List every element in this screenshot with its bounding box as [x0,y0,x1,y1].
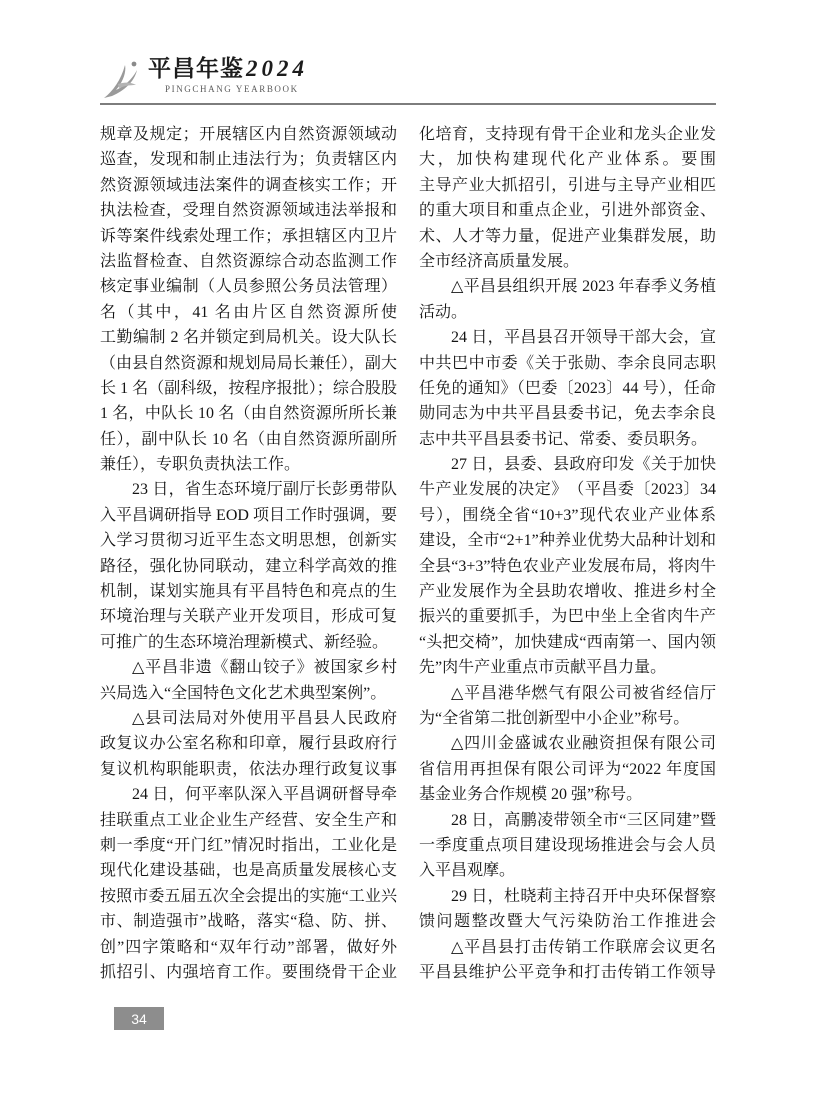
text-line: 市、制造强市”战略，落实“稳、防、拼、 [100,909,397,934]
text-line: 全县“3+3”特色农业产业发展布局，将肉牛 [419,554,716,579]
text-line: 27 日，县委、县政府印发《关于加快肉 [419,452,716,477]
text-line: 1 名，中队长 10 名（由自然资源所所长兼 [100,401,397,426]
left-column: 规章及规定；开展辖区内自然资源领域动态巡查，发现和制止违法行为；负责辖区内自然资… [100,122,397,985]
text-line: 可推广的生态环境治理新模式、新经验。 [100,630,397,655]
text-line: 机制，谋划实施具有平昌特色和亮点的生态 [100,579,397,604]
text-line: △平昌县打击传销工作联席会议更名为 [419,935,716,960]
yearbook-logo-icon [98,58,144,102]
paragraph: △平昌县打击传销工作联席会议更名为平昌县维护公平竞争和打击传销工作领导小 [419,935,716,986]
text-line: 执法检查，受理自然资源领域违法举报和投 [100,198,397,223]
header-divider [100,103,716,105]
text-line: 刺一季度“开门红”情况时指出，工业化是 [100,833,397,858]
paragraph: 27 日，县委、县政府印发《关于加快肉牛产业发展的决定》 （平昌委〔2023〕3… [419,452,716,681]
text-line: 诉等案件线索处理工作；承担辖区内卫片执 [100,224,397,249]
paragraph: 28 日，高鹏凌带领全市“三区同建”暨一季度重点项目建设现场推进会与会人员深入平… [419,808,716,884]
title-block: 平昌年鉴2024 PINGCHANG YEARBOOK [148,56,308,94]
text-line: 建设，全市“2+1”种养业优势大品种计划和 [419,528,716,553]
text-line: 24 日，何平率队深入平昌调研督导牵头 [100,782,397,807]
text-line: 化培育，支持现有骨干企业和龙头企业发展壮 [419,122,716,147]
paragraph: 规章及规定；开展辖区内自然资源领域动态巡查，发现和制止违法行为；负责辖区内自然资… [100,122,397,477]
title-year: 2024 [244,56,308,81]
text-line: 号），围绕全省“10+3”现代农业产业体系 [419,503,716,528]
text-line: 术、人才等力量，促进产业集群发展，助力 [419,224,716,249]
text-line: 产业发展作为全县助农增收、推进乡村全面 [419,579,716,604]
text-line: 平昌县维护公平竞争和打击传销工作领导小 [419,960,716,985]
paragraph: △平昌县组织开展 2023 年春季义务植树活动。 [419,274,716,325]
text-line: 入学习贯彻习近平生态文明思想，创新实施 [100,528,397,553]
text-line: 主导产业大抓招引，引进与主导产业相匹配 [419,173,716,198]
text-line: △平昌港华燃气有限公司被省经信厅评 [419,681,716,706]
text-line: 大，加快构建现代化产业体系。要围绕“1+3” [419,147,716,172]
text-line: 政复议办公室名称和印章，履行县政府行政 [100,731,397,756]
text-line: 环境治理与关联产业开发项目，形成可复制、 [100,604,397,629]
text-line: 省信用再担保有限公司评为“2022 年度国担 [419,757,716,782]
page-subtitle: PINGCHANG YEARBOOK [165,84,308,94]
text-line: △平昌县组织开展 2023 年春季义务植树 [419,274,716,299]
text-line: 核定事业编制（人员参照公务员法管理）48 [100,274,397,299]
text-line: 抓招引、内强培育工作。要围绕骨干企业强 [100,960,397,985]
text-line: 一季度重点项目建设现场推进会与会人员深 [419,833,716,858]
text-line: （由县自然资源和规划局局长兼任），副大队 [100,351,397,376]
text-line: 先”肉牛产业重点市贡献平昌力量。 [419,655,716,680]
text-line: 振兴的重要抓手，为巴中坐上全省肉牛产业 [419,604,716,629]
text-columns: 规章及规定；开展辖区内自然资源领域动态巡查，发现和制止违法行为；负责辖区内自然资… [100,122,716,985]
text-line: 然资源领域违法案件的调查核实工作；开展 [100,173,397,198]
text-line: 基金业务合作规模 20 强”称号。 [419,782,716,807]
right-column: 化培育，支持现有骨干企业和龙头企业发展壮大，加快构建现代化产业体系。要围绕“1+… [419,122,716,985]
text-line: 中共巴中市委《关于张勋、李余良同志职务 [419,351,716,376]
page-number-badge: 34 [114,1007,164,1030]
text-line: 现代化建设基础，也是高质量发展核心支撑。 [100,858,397,883]
text-line: 巡查，发现和制止违法行为；负责辖区内自 [100,147,397,172]
text-line: 牛产业发展的决定》 （平昌委〔2023〕34 [419,477,716,502]
paragraph: 24 日，平昌县召开领导干部大会，宣读中共巴中市委《关于张勋、李余良同志职务任免… [419,325,716,452]
text-line: 活动。 [419,300,716,325]
text-line: 创”四字策略和“双年行动”部署，做好外 [100,935,397,960]
paragraph: 24 日，何平率队深入平昌调研督导牵头挂联重点工业企业生产经营、安全生产和冲刺一… [100,782,397,985]
text-line: 任免的通知》（巴委〔2023〕44 号），任命张 [419,376,716,401]
text-line: 29 日，杜晓莉主持召开中央环保督察反 [419,884,716,909]
text-line: 28 日，高鹏凌带领全市“三区同建”暨 [419,808,716,833]
text-line: 馈问题整改暨大气污染防治工作推进会议。 [419,909,716,934]
title-chinese: 平昌年鉴 [148,56,244,81]
text-line: 路径，强化协同联动，建立科学高效的推进 [100,554,397,579]
text-line: 名（其中，41 名由片区自然资源所使用）、 [100,300,397,325]
text-line: 长 1 名（副科级，按程序报批）；综合股股长 [100,376,397,401]
text-line: 按照市委五届五次全会提出的实施“工业兴 [100,884,397,909]
paragraph: 化培育，支持现有骨干企业和龙头企业发展壮大，加快构建现代化产业体系。要围绕“1+… [419,122,716,274]
text-line: 志中共平昌县委书记、常委、委员职务。 [419,427,716,452]
text-line: △四川金盛诚农业融资担保有限公司被 [419,731,716,756]
text-line: 复议机构职能职责，依法办理行政复议事项。 [100,757,397,782]
text-line: 入平昌调研指导 EOD 项目工作时强调，要深 [100,503,397,528]
text-line: 为“全省第二批创新型中小企业”称号。 [419,706,716,731]
text-line: 24 日，平昌县召开领导干部大会，宣读 [419,325,716,350]
paragraph: △平昌港华燃气有限公司被省经信厅评为“全省第二批创新型中小企业”称号。 [419,681,716,732]
paragraph: △县司法局对外使用平昌县人民政府行政复议办公室名称和印章，履行县政府行政复议机构… [100,706,397,782]
text-line: 兴局选入“全国特色文化艺术典型案例”。 [100,681,397,706]
text-line: “头把交椅”，加快建成“西南第一、国内领 [419,630,716,655]
text-line: 23 日，省生态环境厅副厅长彭勇带队深 [100,477,397,502]
text-line: 的重大项目和重点企业，引进外部资金、技 [419,198,716,223]
text-line: 入平昌观摩。 [419,858,716,883]
text-line: 规章及规定；开展辖区内自然资源领域动态 [100,122,397,147]
paragraph: 23 日，省生态环境厅副厅长彭勇带队深入平昌调研指导 EOD 项目工作时强调，要… [100,477,397,655]
paragraph: △四川金盛诚农业融资担保有限公司被省信用再担保有限公司评为“2022 年度国担基… [419,731,716,807]
text-line: 挂联重点工业企业生产经营、安全生产和冲 [100,808,397,833]
text-line: 工勤编制 2 名并锁定到局机关。设大队长 1 名 [100,325,397,350]
text-line: 任），副中队长 10 名（由自然资源所副所长 [100,427,397,452]
paragraph: △平昌非遗《翻山铰子》被国家乡村振兴局选入“全国特色文化艺术典型案例”。 [100,655,397,706]
text-line: 全市经济高质量发展。 [419,249,716,274]
text-line: 勋同志为中共平昌县委书记，免去李余良同 [419,401,716,426]
yearbook-page: 平昌年鉴2024 PINGCHANG YEARBOOK 规章及规定；开展辖区内自… [0,0,816,1099]
text-line: 兼任），专职负责执法工作。 [100,452,397,477]
page-title: 平昌年鉴2024 [148,56,308,82]
text-line: 法监督检查、自然资源综合动态监测工作等。 [100,249,397,274]
paragraph: 29 日，杜晓莉主持召开中央环保督察反馈问题整改暨大气污染防治工作推进会议。 [419,884,716,935]
text-line: △平昌非遗《翻山铰子》被国家乡村振 [100,655,397,680]
text-line: △县司法局对外使用平昌县人民政府行 [100,706,397,731]
